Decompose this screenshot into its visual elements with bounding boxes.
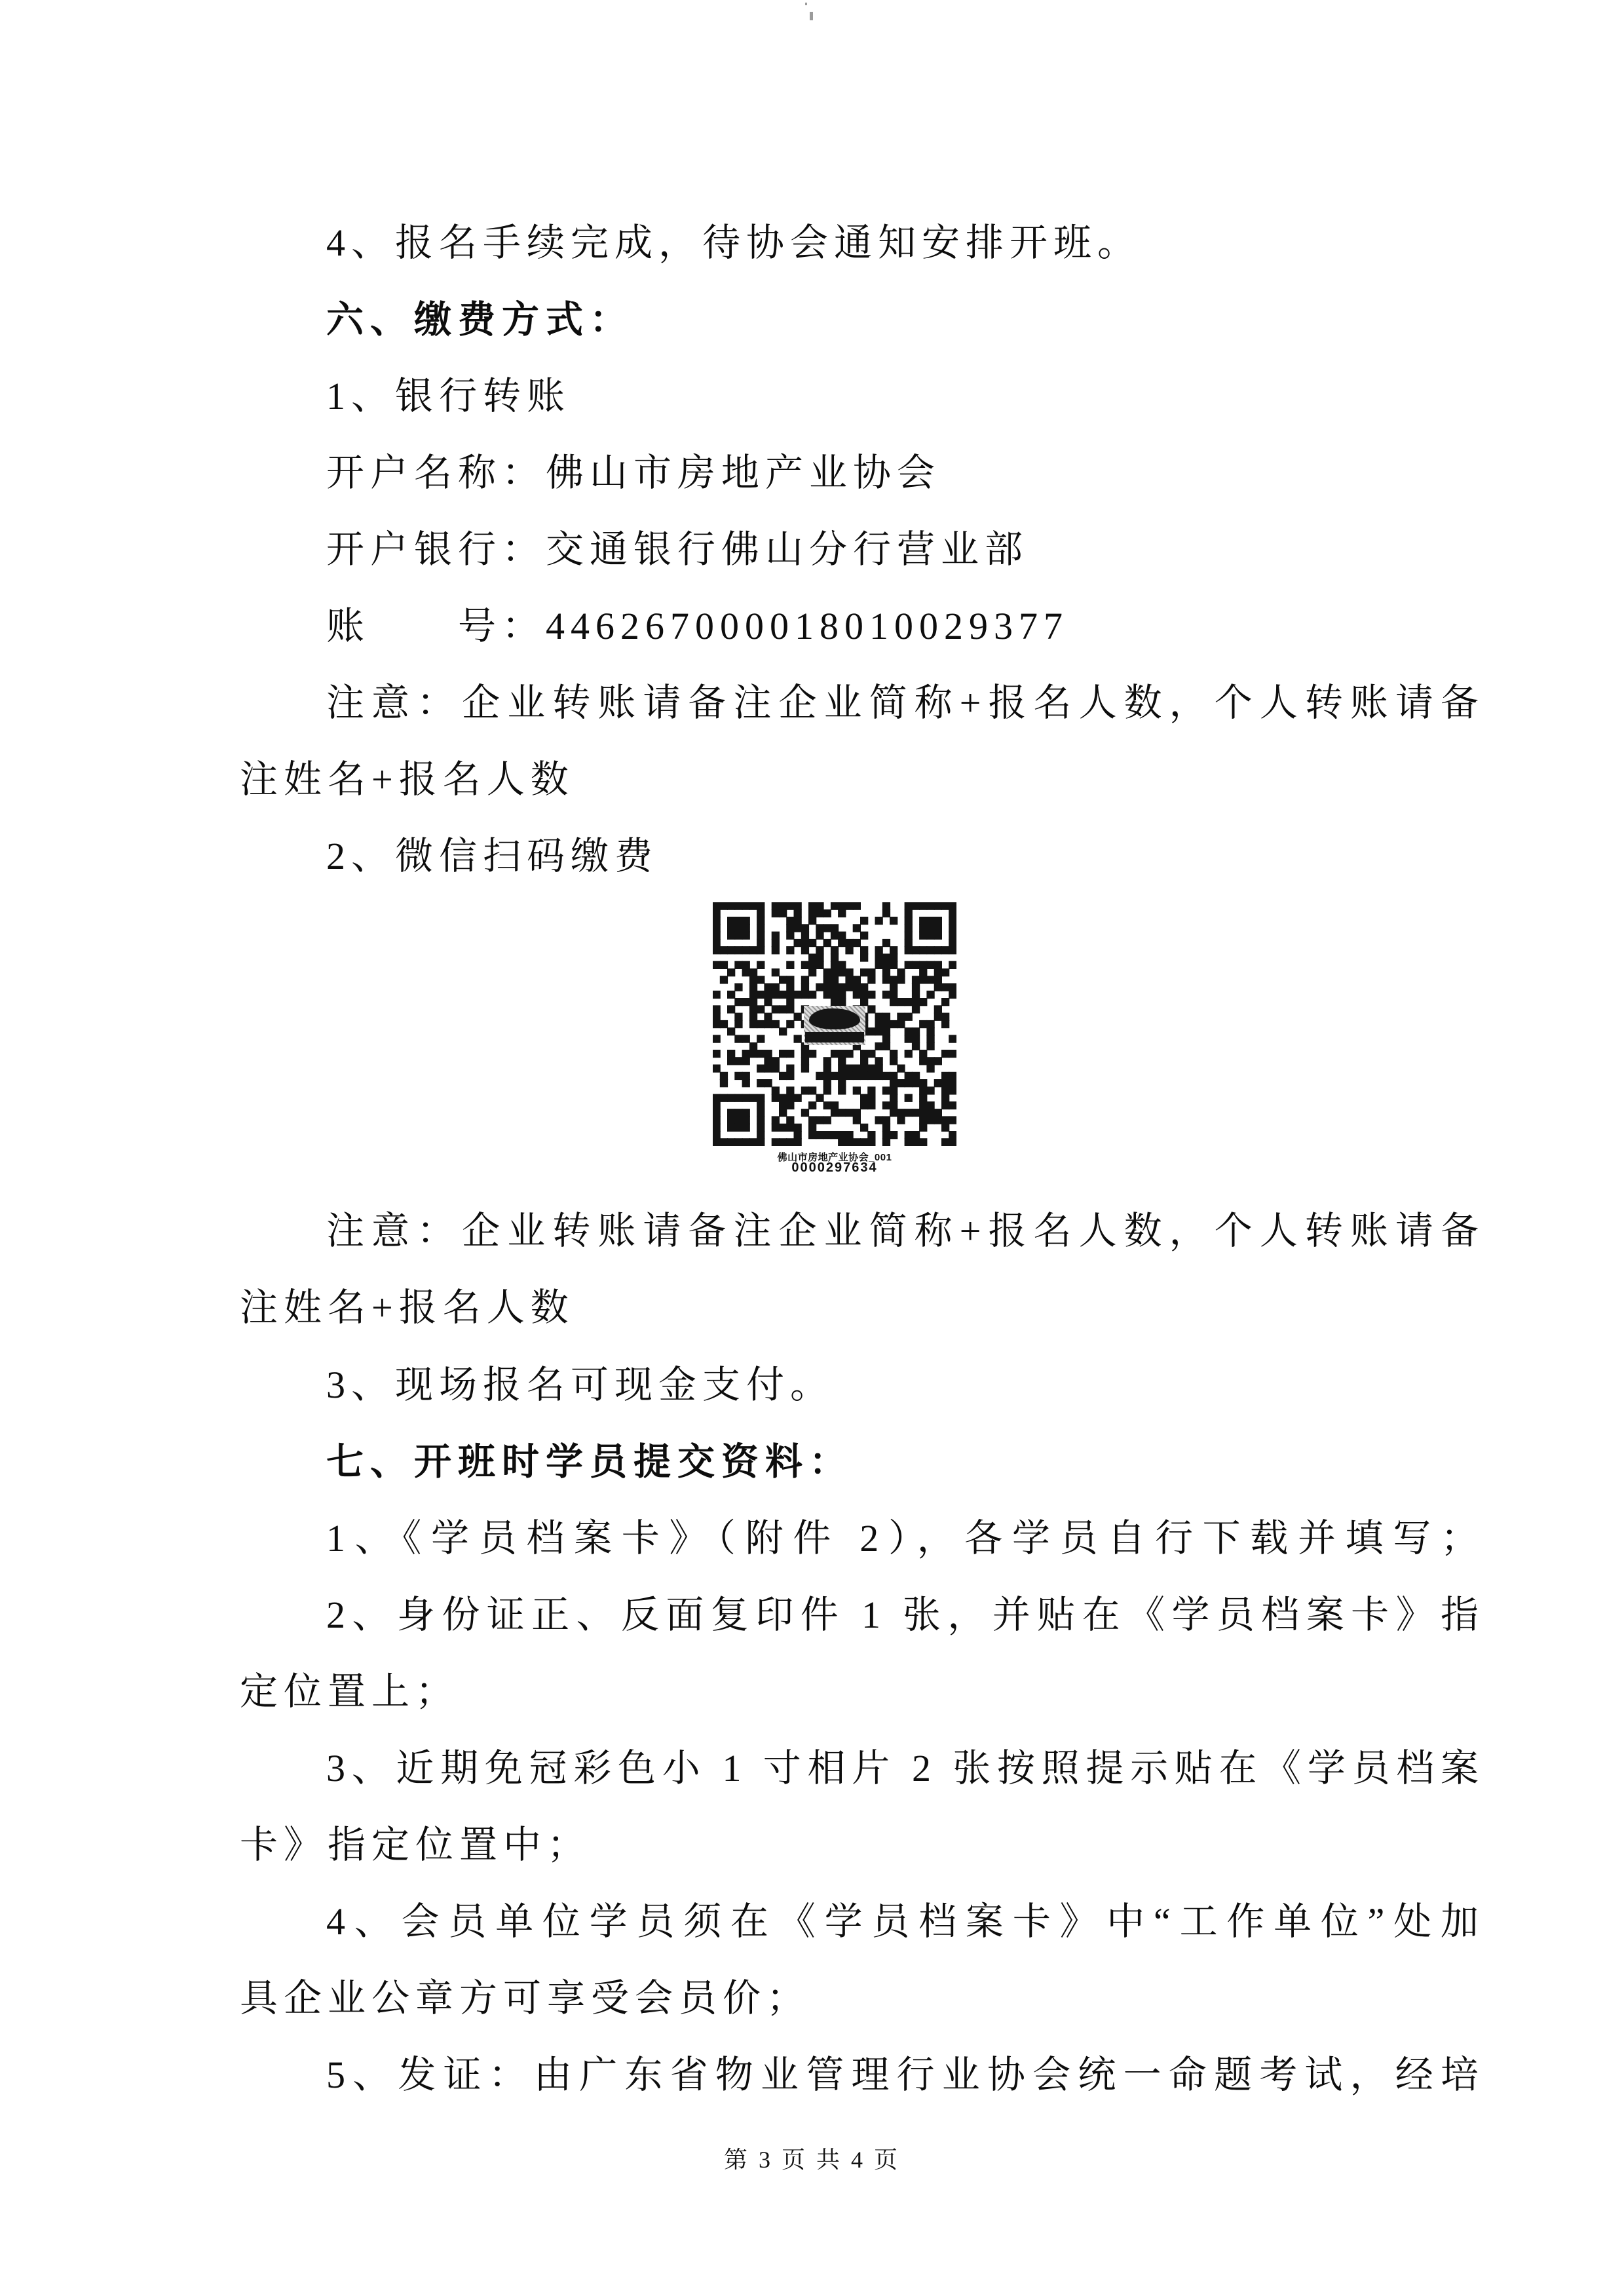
section-heading-payment-methods: 六、缴费方式： — [326, 300, 633, 339]
line-transfer-note-1b: 注姓名+报名人数 — [240, 760, 575, 799]
line-member-seal-b: 具企业公章方可享受会员价； — [240, 1979, 810, 2018]
line-id-copy-b: 定位置上； — [240, 1672, 459, 1712]
line-transfer-note-2a: 注意：企业转账请备注企业简称+报名人数，个人转账请备 — [326, 1212, 1484, 1251]
line-account-name: 开户名称：佛山市房地产业协会 — [326, 453, 941, 493]
line-bank-transfer: 1、银行转账 — [326, 377, 571, 416]
line-photos-b: 卡》指定位置中； — [240, 1826, 591, 1865]
section-heading-materials: 七、开班时学员提交资料： — [326, 1442, 853, 1482]
line-wechat-scan-pay: 2、微信扫码缴费 — [326, 837, 658, 876]
line-bank-name: 开户银行：交通银行佛山分行营业部 — [326, 530, 1029, 569]
line-member-seal-a: 4、会员单位学员须在《学员档案卡》中“工作单位”处加 — [326, 1902, 1484, 1942]
qr-caption-account-id: 0000297634 — [713, 1160, 956, 1176]
qr-logo-blob — [809, 1008, 860, 1029]
line-cash-payment: 3、现场报名可现金支付。 — [326, 1366, 834, 1405]
qr-logo-text-strip — [805, 1032, 864, 1043]
line-photos-a: 3、近期免冠彩色小 1 寸相片 2 张按照提示贴在《学员档案 — [326, 1749, 1484, 1788]
line-certificate: 5、发证：由广东省物业管理行业协会统一命题考试，经培 — [326, 2056, 1484, 2095]
document-page: 4、报名手续完成，待协会通知安排开班。 六、缴费方式： 1、银行转账 开户名称：… — [0, 0, 1624, 2296]
line-transfer-note-1a: 注意：企业转账请备注企业简称+报名人数，个人转账请备 — [326, 683, 1484, 723]
scan-speck — [805, 3, 807, 5]
line-transfer-note-2b: 注姓名+报名人数 — [240, 1288, 575, 1328]
line-account-number: 账 号：446267000018010029377 — [326, 607, 1068, 646]
qr-center-logo — [804, 1006, 865, 1045]
line-id-copy-a: 2、身份证正、反面复印件 1 张，并贴在《学员档案卡》指 — [326, 1596, 1484, 1635]
scan-speck — [810, 12, 813, 20]
page-number-footer: 第 3 页 共 4 页 — [0, 2141, 1624, 2175]
line-archive-card: 1、《学员档案卡》（附件 2），各学员自行下载并填写； — [326, 1519, 1484, 1558]
qr-code-image — [713, 902, 956, 1146]
line-registration-complete: 4、报名手续完成，待协会通知安排开班。 — [326, 223, 1141, 263]
